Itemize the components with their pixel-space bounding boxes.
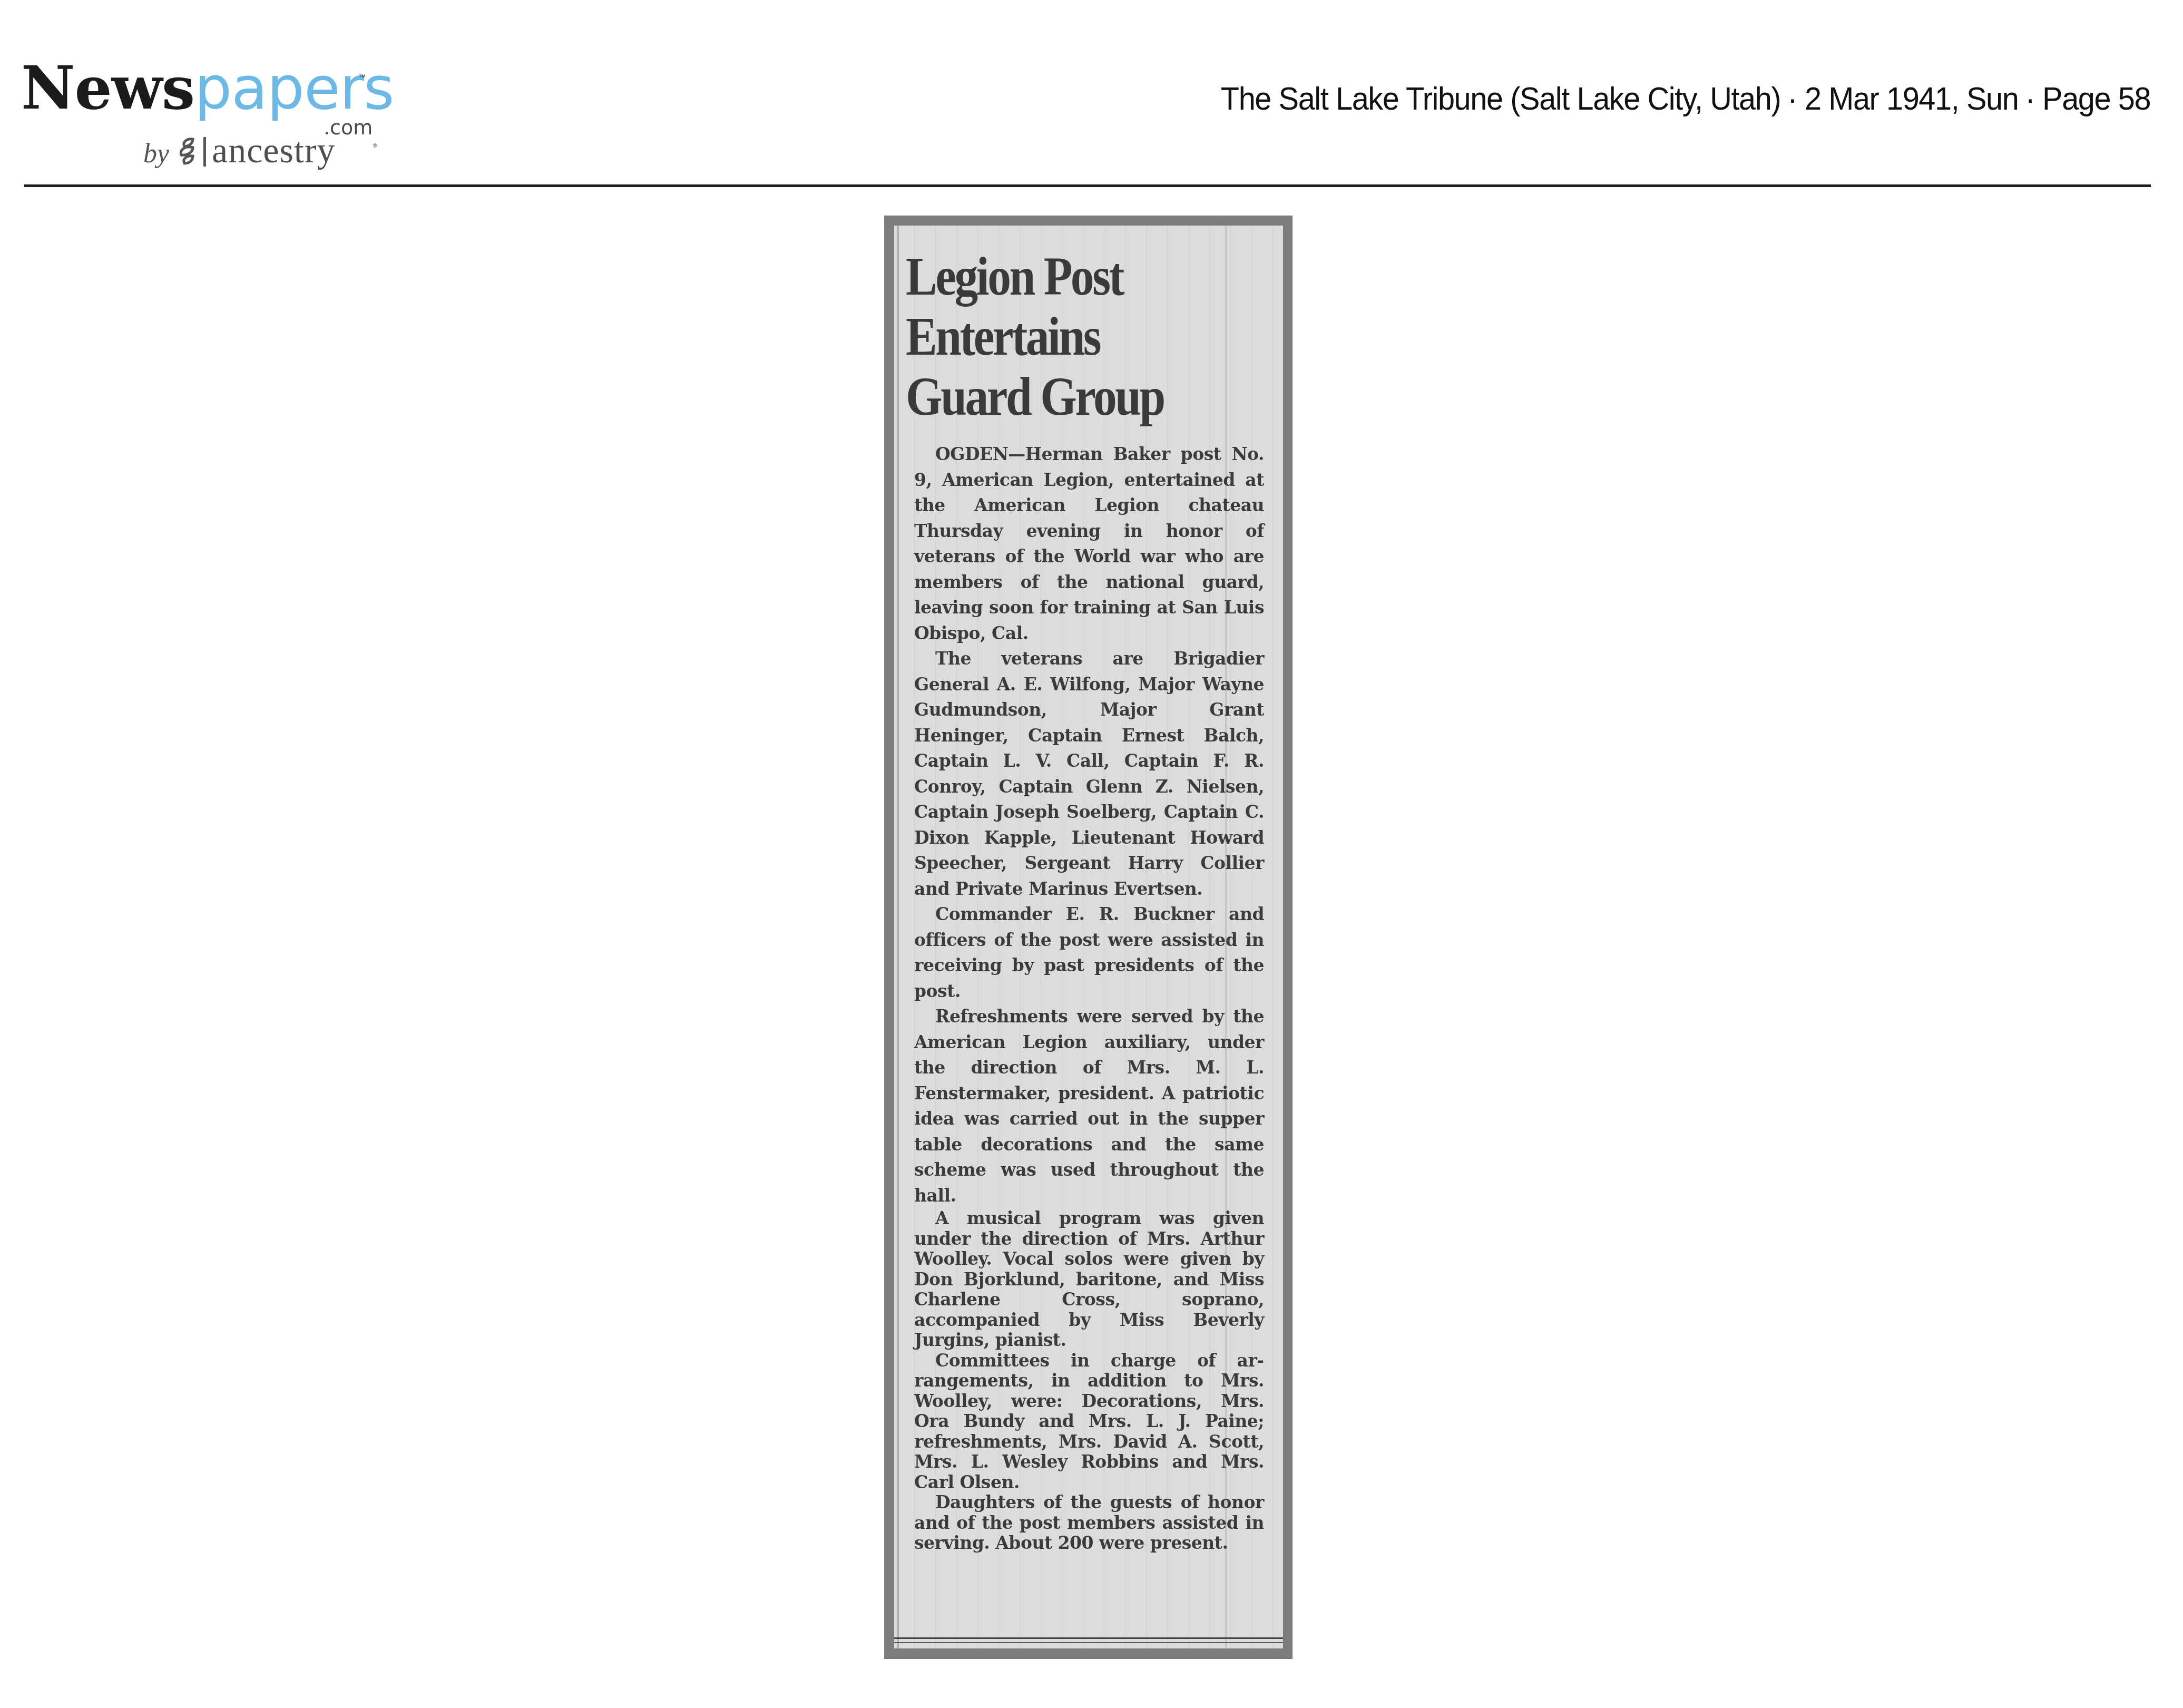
logo-news-text: News <box>21 54 194 123</box>
header-divider <box>24 184 2151 187</box>
separator-dot: · <box>1780 81 1805 117</box>
headline-line-3: Guard Group <box>906 367 1164 427</box>
article-paragraph: Committees in charge of ar­rangements, i… <box>914 1351 1264 1493</box>
article-body: OGDEN—Herman Baker post No. 9, American … <box>914 442 1264 1554</box>
column-bottom-rule <box>894 1637 1283 1643</box>
article-paragraph: Refreshments were served by the American… <box>914 1004 1264 1208</box>
logo-papers-text: papers <box>194 54 394 123</box>
article-paragraph: Daughters of the guests of honor and of … <box>914 1492 1264 1554</box>
newspapers-logo[interactable]: Newspapers ™ .com by ancestry ® <box>21 59 379 164</box>
headline-line-1: Legion Post <box>906 247 1164 307</box>
clipping-source-citation: The Salt Lake Tribune (Salt Lake City, U… <box>1221 80 2150 118</box>
headline-line-2: Entertains <box>906 307 1164 367</box>
page-number: Page 58 <box>2042 81 2150 117</box>
column-rule <box>897 226 899 1648</box>
logo-wordmark: Newspapers <box>21 59 394 118</box>
publication-date: 2 Mar 1941, Sun <box>1805 81 2018 117</box>
article-paragraph: The veterans are Brigadier General A. E.… <box>914 646 1264 902</box>
registered-symbol: ® <box>373 143 377 149</box>
trademark-symbol: ™ <box>358 73 366 81</box>
publication-name: The Salt Lake Tribune (Salt Lake City, U… <box>1221 81 1780 117</box>
newspaper-clipping-image: Legion Post Entertains Guard Group OGDEN… <box>894 226 1283 1648</box>
logo-ancestry-text: ancestry <box>212 130 336 171</box>
separator-dot: · <box>2018 81 2042 117</box>
logo-by-text: by <box>143 138 169 169</box>
newspaper-clipping-frame: Legion Post Entertains Guard Group OGDEN… <box>884 216 1293 1659</box>
article-paragraph: A musical program was given under the di… <box>914 1208 1264 1351</box>
ancestry-leaf-icon <box>177 135 209 168</box>
article-paragraph: Commander E. R. Buckner and officers of … <box>914 902 1264 1004</box>
article-paragraph: OGDEN—Herman Baker post No. 9, American … <box>914 442 1264 646</box>
article-headline: Legion Post Entertains Guard Group <box>906 247 1164 427</box>
